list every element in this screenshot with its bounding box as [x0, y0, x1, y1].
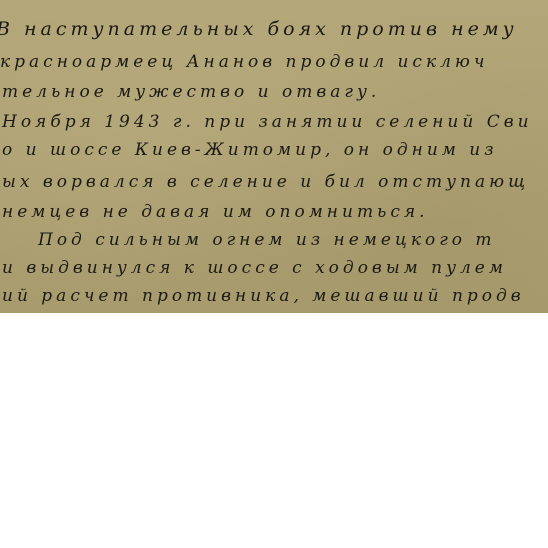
- text-line-9: и выдвинулся к шоссе с ходовым пулем: [2, 258, 507, 278]
- blank-area: [0, 313, 548, 548]
- text-line-8: Под сильным огнем из немецкого т: [38, 230, 496, 250]
- text-line-10: ий расчет противника, мешавший продв: [2, 286, 525, 306]
- text-line-2: красноармеец Ананов продвил исключ: [0, 52, 488, 72]
- scanned-document-page: В наступательных боях против нему красно…: [0, 0, 548, 313]
- text-line-7: немцев не давая им опомниться.: [2, 202, 429, 222]
- text-line-6: ых ворвался в селение и бил отступающ: [2, 172, 529, 192]
- text-line-3: тельное мужество и отвагу.: [2, 82, 380, 102]
- text-line-5: о и шоссе Киев-Житомир, он одним из: [2, 140, 498, 160]
- text-line-1: В наступательных боях против нему: [0, 18, 518, 40]
- text-line-4: Ноября 1943 г. при занятии селений Сви: [2, 112, 533, 132]
